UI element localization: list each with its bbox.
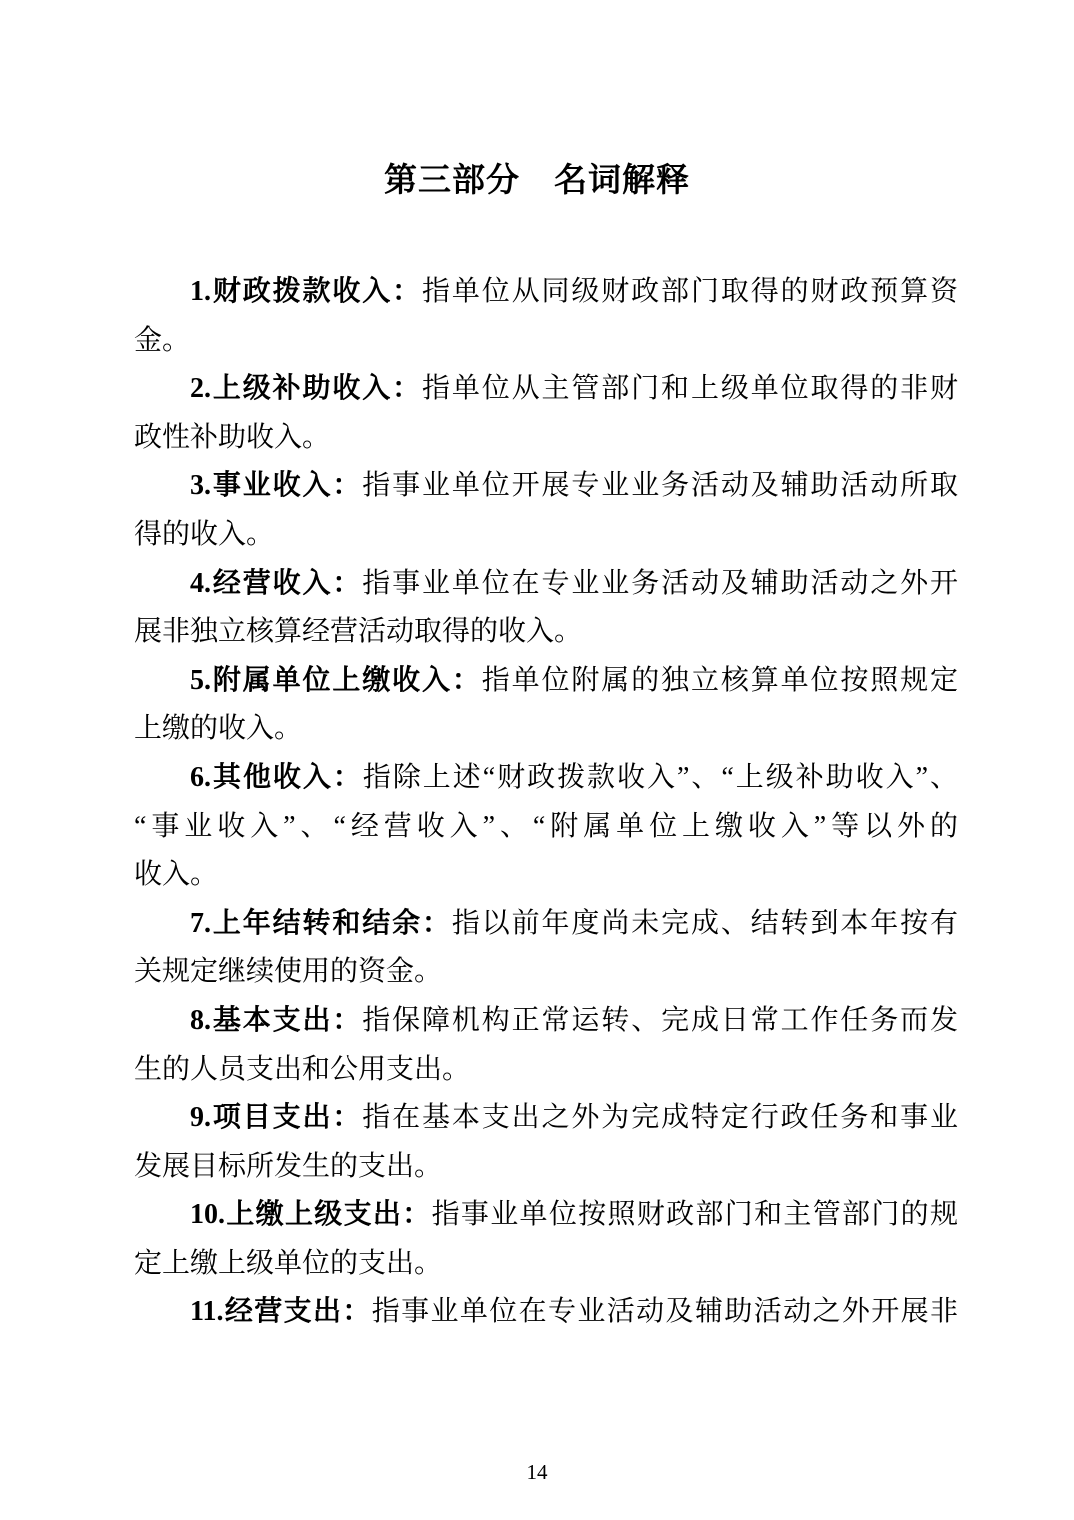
term-label: 7.上年结转和结余： [190, 908, 452, 939]
definition-text: 指单位附属的独立核算单位按照规定 [482, 665, 958, 696]
paragraph-indent [134, 1222, 190, 1223]
text-line: 定上缴上级单位的支出。 [134, 1240, 958, 1289]
paragraph-indent [134, 1028, 190, 1029]
definition-paragraph: 8.基本支出：指保障机构正常运转、完成日常工作任务而发生的人员支出和公用支出。 [134, 997, 958, 1094]
term-label: 6.其他收入： [190, 762, 363, 793]
paragraph-indent [134, 931, 190, 932]
term-label: 2.上级补助收入： [190, 373, 422, 404]
term-label: 11.经营支出： [190, 1296, 372, 1327]
definition-paragraph: 10.上缴上级支出：指事业单位按照财政部门和主管部门的规定上缴上级单位的支出。 [134, 1191, 958, 1288]
definition-text: 指事业单位在专业活动及辅助活动之外开展非 [372, 1296, 958, 1327]
text-line: 关规定继续使用的资金。 [134, 948, 958, 997]
text-line: 生的人员支出和公用支出。 [134, 1046, 958, 1095]
term-label: 3.事业收入： [190, 470, 362, 501]
definition-paragraph: 1.财政拨款收入：指单位从同级财政部门取得的财政预算资金。 [134, 268, 958, 365]
text-line: 得的收入。 [134, 511, 958, 560]
definition-text: 指事业单位按照财政部门和主管部门的规 [432, 1199, 958, 1230]
term-label: 10.上缴上级支出： [190, 1199, 432, 1230]
text-line: 8.基本支出：指保障机构正常运转、完成日常工作任务而发 [134, 997, 958, 1046]
text-line: “事业收入”、“经营收入”、“附属单位上缴收入”等以外的 [134, 803, 958, 852]
term-label: 1.财政拨款收入： [190, 276, 422, 307]
paragraph-indent [134, 785, 190, 786]
term-label: 9.项目支出： [190, 1102, 362, 1133]
text-line: 2.上级补助收入：指单位从主管部门和上级单位取得的非财 [134, 365, 958, 414]
definition-text: 指以前年度尚未完成、结转到本年按有 [452, 908, 958, 939]
text-line: 1.财政拨款收入：指单位从同级财政部门取得的财政预算资 [134, 268, 958, 317]
definition-paragraph: 2.上级补助收入：指单位从主管部门和上级单位取得的非财政性补助收入。 [134, 365, 958, 462]
term-label: 5.附属单位上缴收入： [190, 665, 482, 696]
paragraph-indent [134, 396, 190, 397]
page-number: 14 [0, 1459, 1074, 1485]
text-line: 政性补助收入。 [134, 414, 958, 463]
definition-text: 指单位从主管部门和上级单位取得的非财 [422, 373, 958, 404]
definition-paragraph: 11.经营支出：指事业单位在专业活动及辅助活动之外开展非 [134, 1288, 958, 1337]
text-line: 展非独立核算经营活动取得的收入。 [134, 608, 958, 657]
definition-paragraph: 4.经营收入：指事业单位在专业业务活动及辅助活动之外开展非独立核算经营活动取得的… [134, 560, 958, 657]
text-line: 上缴的收入。 [134, 705, 958, 754]
definition-paragraph: 6.其他收入：指除上述“财政拨款收入”、“上级补助收入”、“事业收入”、“经营收… [134, 754, 958, 900]
term-label: 4.经营收入： [190, 568, 362, 599]
paragraph-indent [134, 299, 190, 300]
paragraph-indent [134, 591, 190, 592]
paragraph-indent [134, 688, 190, 689]
definition-paragraph: 3.事业收入：指事业单位开展专业业务活动及辅助活动所取得的收入。 [134, 462, 958, 559]
definition-paragraph: 7.上年结转和结余：指以前年度尚未完成、结转到本年按有关规定继续使用的资金。 [134, 900, 958, 997]
term-label: 8.基本支出： [190, 1005, 362, 1036]
page-title: 第三部分 名词解释 [0, 158, 1074, 202]
text-line: 金。 [134, 317, 958, 366]
definition-text: 指在基本支出之外为完成特定行政任务和事业 [362, 1102, 958, 1133]
definition-text: 指保障机构正常运转、完成日常工作任务而发 [362, 1005, 958, 1036]
definition-paragraph: 5.附属单位上缴收入：指单位附属的独立核算单位按照规定上缴的收入。 [134, 657, 958, 754]
text-line: 3.事业收入：指事业单位开展专业业务活动及辅助活动所取 [134, 462, 958, 511]
text-line: 5.附属单位上缴收入：指单位附属的独立核算单位按照规定 [134, 657, 958, 706]
definition-text: 指除上述“财政拨款收入”、“上级补助收入”、 [363, 762, 958, 793]
paragraph-indent [134, 1125, 190, 1126]
definitions-list: 1.财政拨款收入：指单位从同级财政部门取得的财政预算资金。2.上级补助收入：指单… [134, 268, 958, 1337]
text-line: 9.项目支出：指在基本支出之外为完成特定行政任务和事业 [134, 1094, 958, 1143]
paragraph-indent [134, 493, 190, 494]
text-line: 发展目标所发生的支出。 [134, 1143, 958, 1192]
document-page: 第三部分 名词解释 1.财政拨款收入：指单位从同级财政部门取得的财政预算资金。2… [0, 0, 1074, 1520]
text-line: 11.经营支出：指事业单位在专业活动及辅助活动之外开展非 [134, 1288, 958, 1337]
paragraph-indent [134, 1319, 190, 1320]
definition-text: 指单位从同级财政部门取得的财政预算资 [422, 276, 958, 307]
text-line: 4.经营收入：指事业单位在专业业务活动及辅助活动之外开 [134, 560, 958, 609]
text-line: 收入。 [134, 851, 958, 900]
definition-paragraph: 9.项目支出：指在基本支出之外为完成特定行政任务和事业发展目标所发生的支出。 [134, 1094, 958, 1191]
definition-text: 指事业单位在专业业务活动及辅助活动之外开 [362, 568, 958, 599]
text-line: 6.其他收入：指除上述“财政拨款收入”、“上级补助收入”、 [134, 754, 958, 803]
text-line: 10.上缴上级支出：指事业单位按照财政部门和主管部门的规 [134, 1191, 958, 1240]
text-line: 7.上年结转和结余：指以前年度尚未完成、结转到本年按有 [134, 900, 958, 949]
definition-text: 指事业单位开展专业业务活动及辅助活动所取 [362, 470, 958, 501]
